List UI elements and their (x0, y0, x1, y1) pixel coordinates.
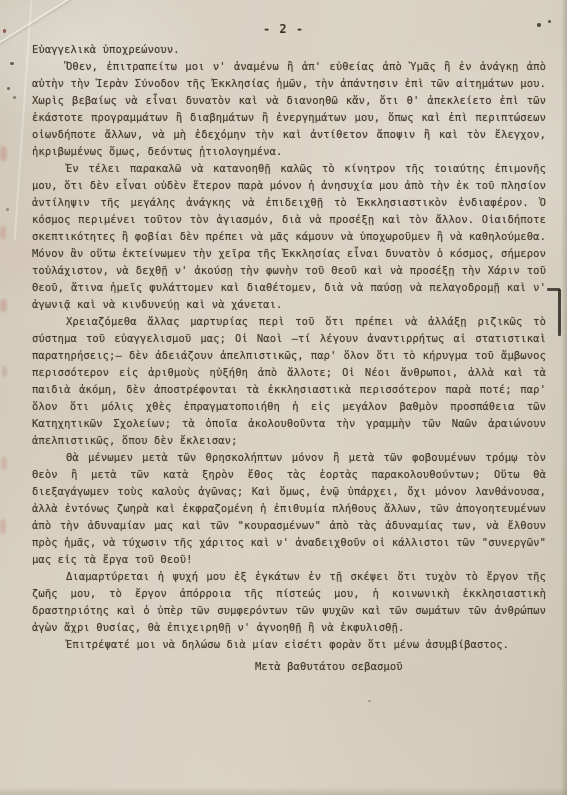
ink-speck (95, 641, 97, 643)
ink-speck (537, 23, 541, 27)
edge-stain (2, 366, 7, 377)
edge-stain (0, 299, 7, 312)
paragraph: Ἐπιτρέψατέ μοι νὰ δηλώσω διὰ μίαν εἰσέτι… (32, 637, 546, 654)
opening-line: Εὐαγγελικὰ ὑποχρεώνουν. (32, 42, 546, 59)
edge-stain (1, 457, 7, 470)
edge-stain (0, 226, 6, 239)
margin-pen-mark (547, 288, 560, 291)
ink-speck (13, 96, 16, 99)
paragraph: Χρειαζόμεθα ἄλλας μαρτυρίας περὶ τοῦ ὅτι… (32, 314, 546, 450)
paper-crease (14, 0, 33, 240)
page-edge-shadow (0, 787, 567, 795)
red-ink-speck (3, 29, 6, 33)
closing-salutation: Μετὰ βαθυτάτου σεβασμοῦ (32, 659, 546, 676)
paragraph: Ἐν τέλει παρακαλῶ νὰ κατανοηθῇ καλῶς τὸ … (32, 161, 546, 314)
paragraph: Διαμαρτύρεται ἡ ψυχή μου ἐξ ἐγκάτων ἐν τ… (32, 569, 546, 637)
letter-body: Εὐαγγελικὰ ὑποχρεώνουν. Ὅθεν, ἐπιτραπείτ… (32, 42, 546, 676)
ink-speck (6, 208, 9, 211)
edge-stain (0, 146, 7, 161)
paragraph: Ὅθεν, ἐπιτραπείτω μοι ν' ἀναμένω ἢ ἀπ' ε… (32, 59, 546, 161)
page-number: - 2 - (0, 22, 567, 36)
ink-speck (10, 62, 14, 65)
ink-speck (548, 20, 551, 23)
paragraph: Θὰ μένωμεν μετὰ τῶν θρησκολήπτων μόνον ἢ… (32, 450, 546, 569)
typewritten-letter-page: - 2 - Εὐαγγελικὰ ὑποχρεώνουν. Ὅθεν, ἐπιτ… (0, 0, 567, 795)
edge-stain (0, 519, 6, 534)
page-edge-shadow (561, 0, 567, 795)
ink-speck (368, 700, 371, 702)
ink-speck (7, 87, 10, 90)
